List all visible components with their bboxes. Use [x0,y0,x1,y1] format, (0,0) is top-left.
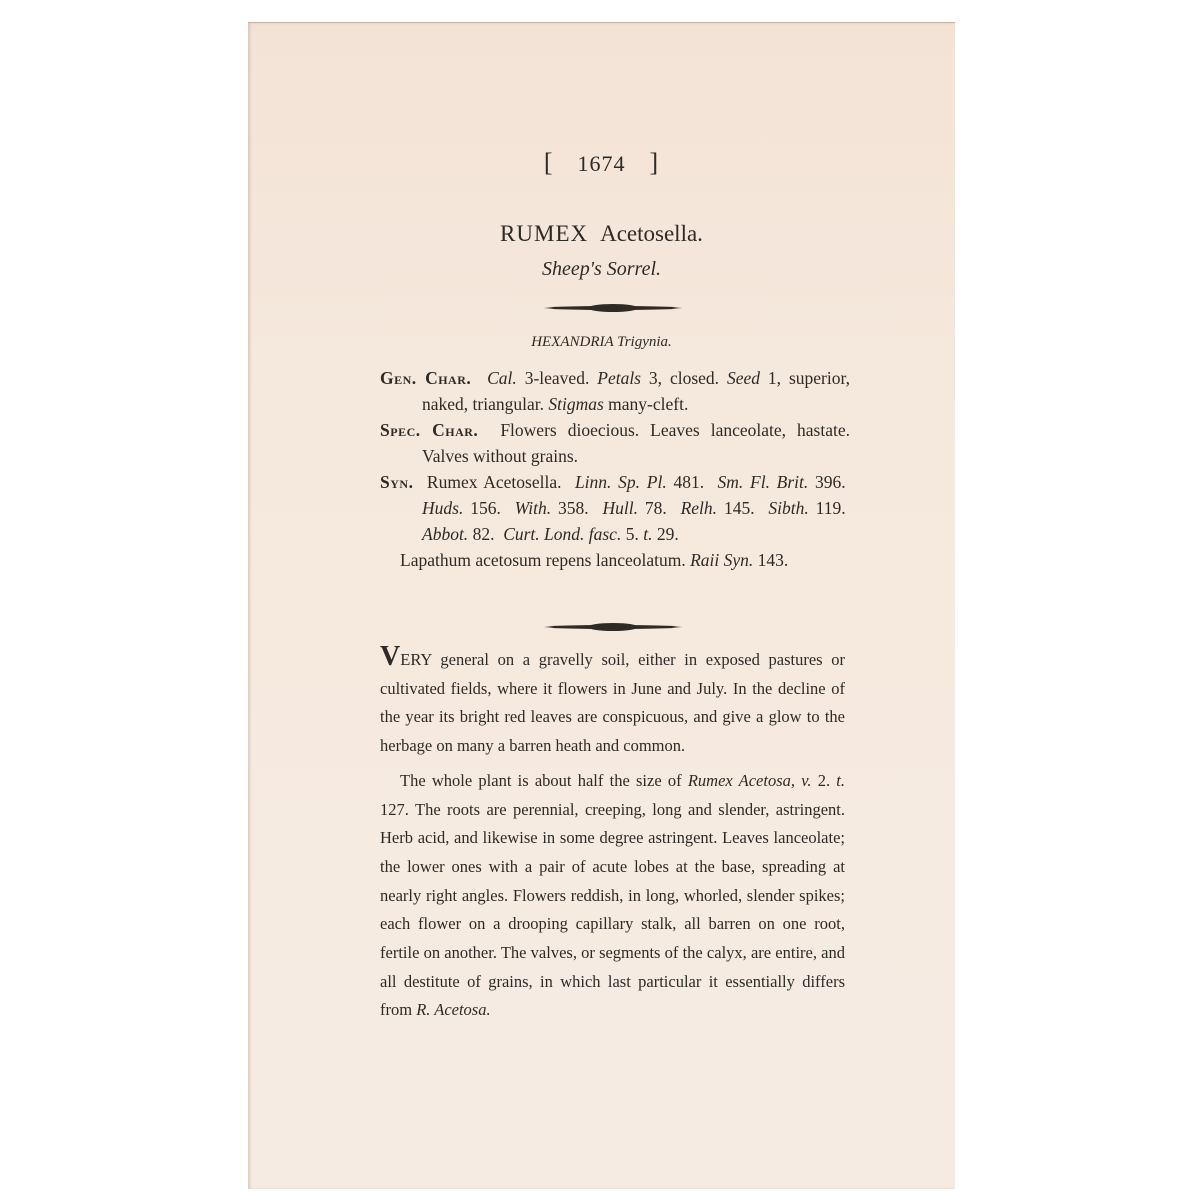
paragraph-1: VERY general on a gravelly soil, either … [380,643,845,761]
folio-number: 1674 [578,151,626,176]
specific-character: Spec. Char. Flowers dioecious. Leaves la… [380,417,850,469]
paragraph-2: The whole plant is about half the size o… [380,767,845,1025]
page-number: [1674] [248,148,955,178]
synonym-line-2: Lapathum acetosum repens lanceolatum. Ra… [380,547,850,573]
species-name: Acetosella. [600,221,703,246]
generic-character: Gen. Char. Cal. 3-leaved. Petals 3, clos… [380,365,850,417]
classification: HEXANDRIA Trigynia. [248,334,955,351]
common-name: Sheep's Sorrel. [248,258,955,281]
book-page: [1674] RUMEXAcetosella. Sheep's Sorrel. … [248,22,955,1189]
ornamental-rule [543,306,683,310]
description-text: VERY general on a gravelly soil, either … [380,643,845,1025]
characters-block: Gen. Char. Cal. 3-leaved. Petals 3, clos… [380,365,850,573]
synonyms: Syn. Rumex Acetosella. Linn. Sp. Pl. 481… [380,469,850,547]
genus-name: RUMEX [500,221,588,246]
species-title: RUMEXAcetosella. [248,221,955,247]
ornamental-rule [543,625,683,629]
